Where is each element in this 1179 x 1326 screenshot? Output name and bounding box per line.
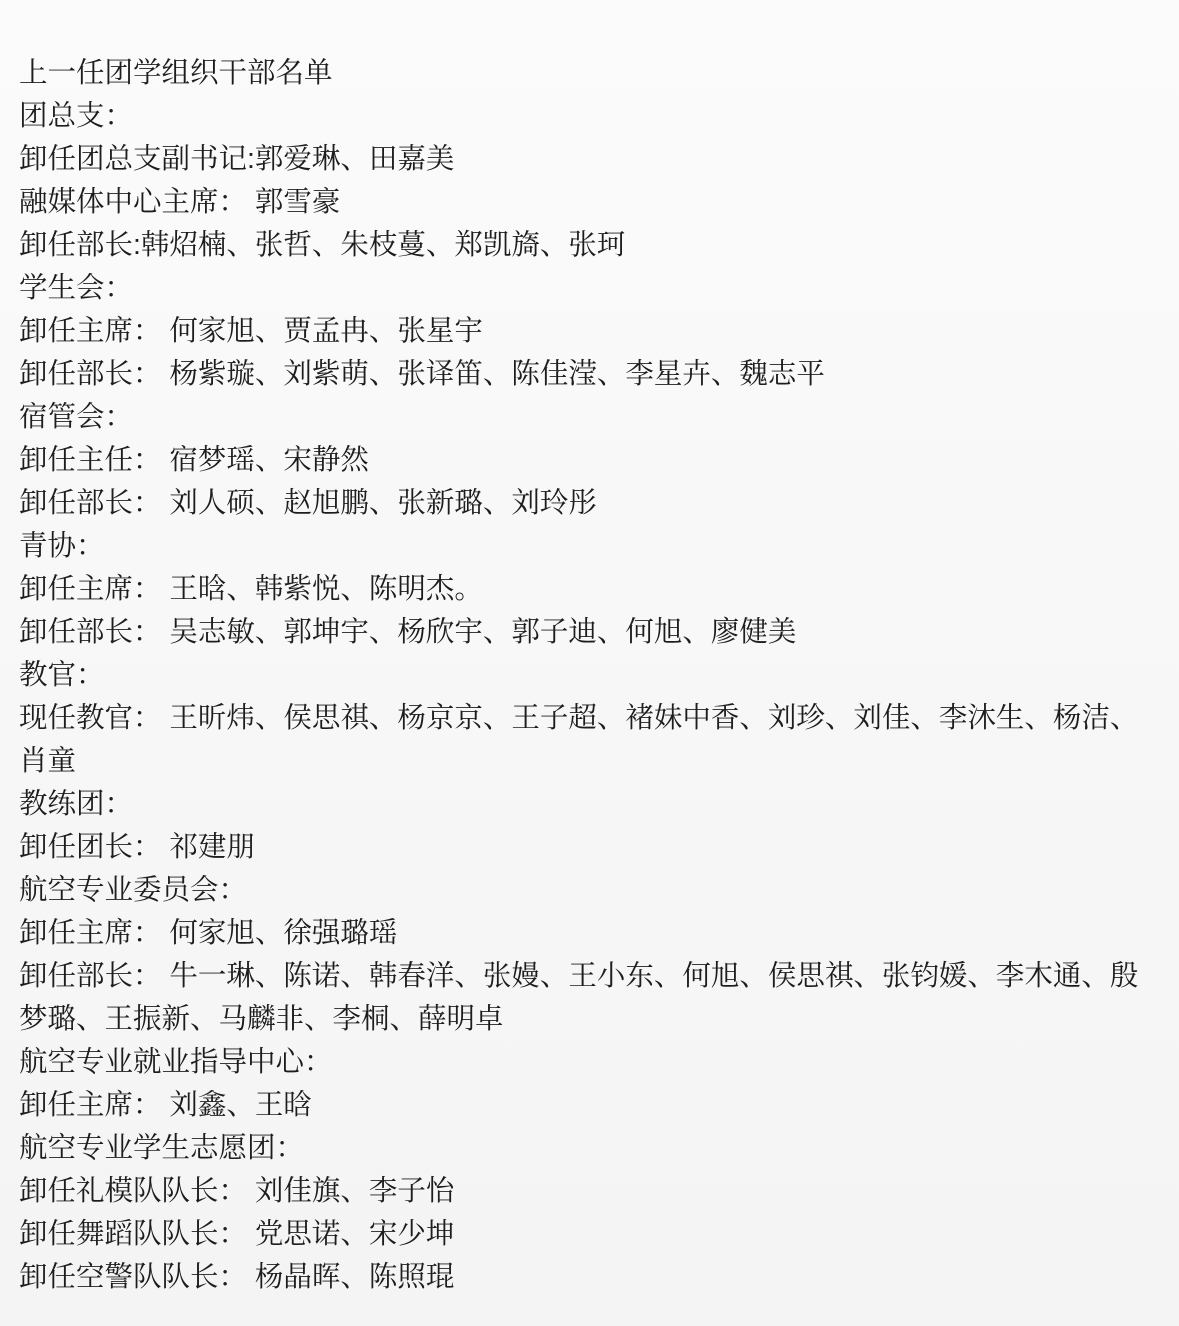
section: 团总支：卸任团总支副书记:郭爱琳、田嘉美融媒体中心主席： 郭雪豪卸任部长:韩炤楠… bbox=[19, 95, 1165, 267]
roster-entry: 卸任团总支副书记:郭爱琳、田嘉美 bbox=[19, 138, 1165, 181]
section-heading: 教官： bbox=[19, 654, 1165, 697]
sections-container: 团总支：卸任团总支副书记:郭爱琳、田嘉美融媒体中心主席： 郭雪豪卸任部长:韩炤楠… bbox=[19, 95, 1165, 1299]
roster-entry: 卸任部长： 杨紫璇、刘紫萌、张译笛、陈佳滢、李星卉、魏志平 bbox=[19, 353, 1165, 396]
section: 学生会：卸任主席： 何家旭、贾孟冉、张星宇卸任部长： 杨紫璇、刘紫萌、张译笛、陈… bbox=[19, 267, 1165, 396]
roster-entry: 现任教官： 王昕炜、侯思祺、杨京京、王子超、褚妹中香、刘珍、刘佳、李沐生、杨洁、… bbox=[19, 697, 1165, 783]
section-heading: 航空专业学生志愿团： bbox=[19, 1127, 1165, 1170]
roster-entry: 卸任主席： 何家旭、贾孟冉、张星宇 bbox=[19, 310, 1165, 353]
section-heading: 航空专业就业指导中心： bbox=[19, 1041, 1165, 1084]
section: 教练团：卸任团长： 祁建朋 bbox=[19, 783, 1165, 869]
roster-entry: 卸任部长:韩炤楠、张哲、朱枝蔓、郑凯旖、张珂 bbox=[19, 224, 1165, 267]
section: 航空专业委员会：卸任主席： 何家旭、徐强璐瑶卸任部长： 牛一琳、陈诺、韩春洋、张… bbox=[19, 869, 1165, 1041]
roster-entry: 卸任部长： 刘人硕、赵旭鹏、张新璐、刘玲彤 bbox=[19, 482, 1165, 525]
section-heading: 学生会： bbox=[19, 267, 1165, 310]
roster-entry: 卸任主席： 王晗、韩紫悦、陈明杰。 bbox=[19, 568, 1165, 611]
roster-entry: 卸任空警队队长： 杨晶晖、陈照琨 bbox=[19, 1256, 1165, 1299]
section-heading: 宿管会： bbox=[19, 396, 1165, 439]
roster-entry: 融媒体中心主席： 郭雪豪 bbox=[19, 181, 1165, 224]
roster-entry: 卸任礼模队队长： 刘佳旗、李子怡 bbox=[19, 1170, 1165, 1213]
document-title: 上一任团学组织干部名单 bbox=[19, 52, 1165, 95]
roster-entry: 卸任主席： 刘鑫、王晗 bbox=[19, 1084, 1165, 1127]
section-heading: 团总支： bbox=[19, 95, 1165, 138]
document-page: 上一任团学组织干部名单 团总支：卸任团总支副书记:郭爱琳、田嘉美融媒体中心主席：… bbox=[0, 0, 1179, 1326]
roster-entry: 卸任舞蹈队队长： 党思诺、宋少坤 bbox=[19, 1213, 1165, 1256]
roster-entry: 卸任主席： 何家旭、徐强璐瑶 bbox=[19, 912, 1165, 955]
section: 青协：卸任主席： 王晗、韩紫悦、陈明杰。卸任部长： 吴志敏、郭坤宇、杨欣宇、郭子… bbox=[19, 525, 1165, 654]
roster-entry: 卸任部长： 牛一琳、陈诺、韩春洋、张嫚、王小东、何旭、侯思祺、张钧媛、李木通、殷… bbox=[19, 955, 1165, 1041]
roster-entry: 卸任团长： 祁建朋 bbox=[19, 826, 1165, 869]
section: 航空专业就业指导中心：卸任主席： 刘鑫、王晗 bbox=[19, 1041, 1165, 1127]
roster-entry: 卸任部长： 吴志敏、郭坤宇、杨欣宇、郭子迪、何旭、廖健美 bbox=[19, 611, 1165, 654]
section-heading: 航空专业委员会： bbox=[19, 869, 1165, 912]
roster-entry: 卸任主任： 宿梦瑶、宋静然 bbox=[19, 439, 1165, 482]
section: 教官：现任教官： 王昕炜、侯思祺、杨京京、王子超、褚妹中香、刘珍、刘佳、李沐生、… bbox=[19, 654, 1165, 783]
section: 宿管会：卸任主任： 宿梦瑶、宋静然卸任部长： 刘人硕、赵旭鹏、张新璐、刘玲彤 bbox=[19, 396, 1165, 525]
section-heading: 青协： bbox=[19, 525, 1165, 568]
section-heading: 教练团： bbox=[19, 783, 1165, 826]
section: 航空专业学生志愿团：卸任礼模队队长： 刘佳旗、李子怡卸任舞蹈队队长： 党思诺、宋… bbox=[19, 1127, 1165, 1299]
